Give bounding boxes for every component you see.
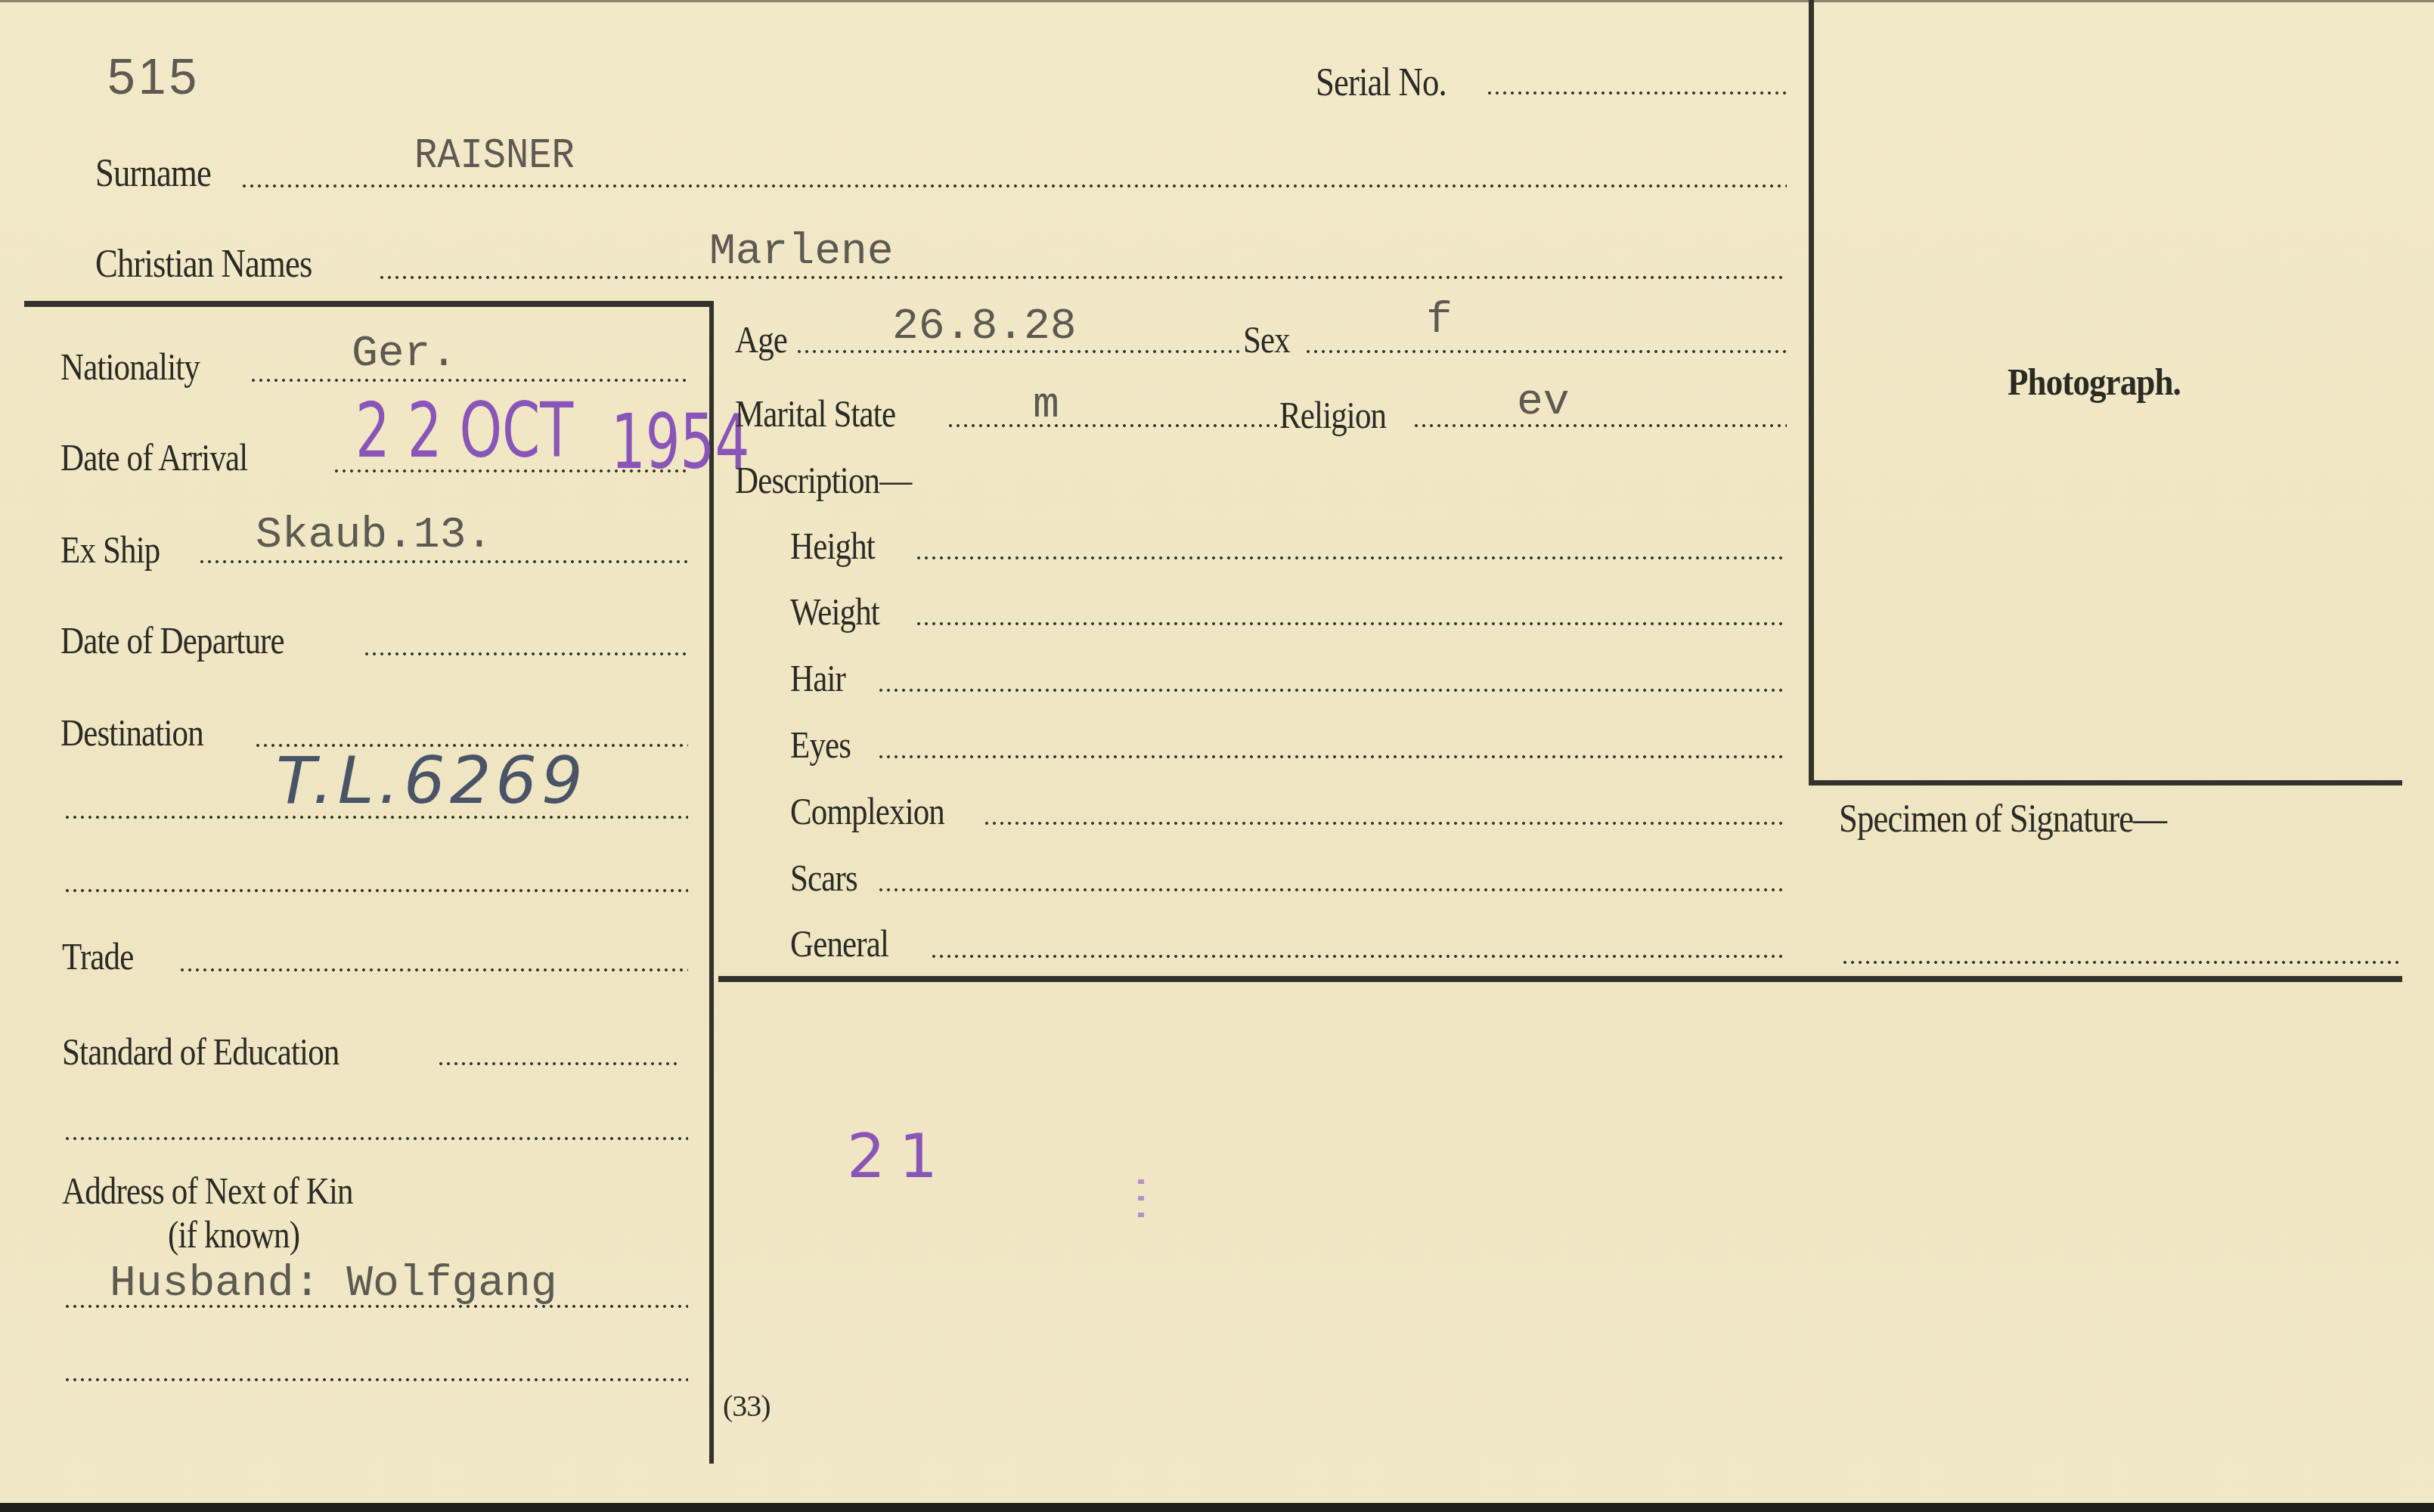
ex-ship-field[interactable] xyxy=(198,559,688,564)
serial-no-field[interactable] xyxy=(1486,91,1787,95)
trade-label: Trade xyxy=(62,937,133,975)
destination-field-3[interactable] xyxy=(64,888,688,893)
photo-box-left-border xyxy=(1809,0,1814,782)
height-label: Height xyxy=(790,527,875,565)
surname-value: RAISNER xyxy=(414,135,575,177)
left-box-top-border xyxy=(24,301,714,307)
religion-field[interactable] xyxy=(1412,423,1787,428)
trade-field[interactable] xyxy=(178,968,688,972)
age-value: 26.8.28 xyxy=(892,305,1077,349)
next-of-kin-value: Husband: Wolfgang xyxy=(110,1263,557,1306)
eyes-label: Eyes xyxy=(790,726,851,764)
nationality-label: Nationality xyxy=(60,348,200,386)
marital-state-field[interactable] xyxy=(947,423,1278,428)
general-field[interactable] xyxy=(930,954,1787,959)
signature-field[interactable] xyxy=(1841,960,2401,965)
christian-names-label: Christian Names xyxy=(95,245,312,284)
general-label: General xyxy=(790,925,888,962)
next-of-kin-sublabel: (if known) xyxy=(168,1216,299,1253)
scars-label: Scars xyxy=(790,859,857,897)
date-of-departure-label: Date of Departure xyxy=(60,621,284,659)
immigration-record-card: 515 Serial No. Surname RAISNER Christian… xyxy=(0,0,2434,1503)
complexion-field[interactable] xyxy=(983,821,1787,826)
scars-field[interactable] xyxy=(877,888,1787,892)
next-of-kin-label: Address of Next of Kin xyxy=(62,1172,353,1210)
nationality-value: Ger. xyxy=(352,333,457,376)
religion-label: Religion xyxy=(1279,396,1386,434)
destination-label: Destination xyxy=(60,714,203,751)
hair-label: Hair xyxy=(790,659,845,697)
eyes-field[interactable] xyxy=(877,754,1787,759)
destination-field-2[interactable] xyxy=(64,815,688,820)
date-of-arrival-label: Date of Arrival xyxy=(60,438,247,476)
surname-label: Surname xyxy=(95,154,211,194)
date-of-arrival-field[interactable] xyxy=(333,469,688,473)
photograph-label: Photograph. xyxy=(2008,363,2181,401)
hair-field[interactable] xyxy=(877,688,1787,692)
signature-label: Specimen of Signature— xyxy=(1839,800,2166,839)
education-field-1[interactable] xyxy=(437,1061,679,1066)
sex-value: f xyxy=(1426,299,1453,343)
record-number: 515 xyxy=(107,51,200,101)
surname-field[interactable] xyxy=(240,184,1787,188)
card-bottom-edge xyxy=(0,1503,2434,1512)
card-top-edge xyxy=(0,0,2434,2)
ink-mark xyxy=(1138,1179,1144,1225)
form-number: (33) xyxy=(723,1391,771,1421)
destination-value: T.L.6269 xyxy=(276,748,588,813)
middle-section-bottom-border xyxy=(718,976,2402,982)
sex-label: Sex xyxy=(1243,321,1290,358)
height-field[interactable] xyxy=(915,556,1787,560)
description-label: Description— xyxy=(735,461,911,499)
nationality-field[interactable] xyxy=(250,378,688,383)
age-label: Age xyxy=(735,321,787,358)
photo-box-bottom-border xyxy=(1809,780,2402,785)
sex-field[interactable] xyxy=(1304,349,1787,354)
next-of-kin-field-1[interactable] xyxy=(64,1304,688,1309)
christian-names-field[interactable] xyxy=(378,275,1787,280)
weight-label: Weight xyxy=(790,593,879,631)
ex-ship-value: Skaub.13. xyxy=(256,514,492,558)
arrival-date-stamp: 2 2 OCT xyxy=(355,393,573,469)
christian-names-value: Marlene xyxy=(709,231,894,274)
ex-ship-label: Ex Ship xyxy=(60,531,160,569)
education-label: Standard of Education xyxy=(62,1033,339,1070)
next-of-kin-field-2[interactable] xyxy=(64,1377,688,1382)
complexion-label: Complexion xyxy=(790,792,944,830)
marital-state-label: Marital State xyxy=(735,395,895,432)
age-field[interactable] xyxy=(795,349,1242,354)
serial-no-label: Serial No. xyxy=(1316,64,1446,103)
marital-state-value: m xyxy=(1033,384,1059,428)
weight-field[interactable] xyxy=(915,621,1787,626)
date-of-departure-field[interactable] xyxy=(363,652,688,656)
education-field-2[interactable] xyxy=(64,1136,688,1141)
religion-value: ev xyxy=(1517,381,1570,425)
stamp-number: 21 xyxy=(847,1126,951,1187)
